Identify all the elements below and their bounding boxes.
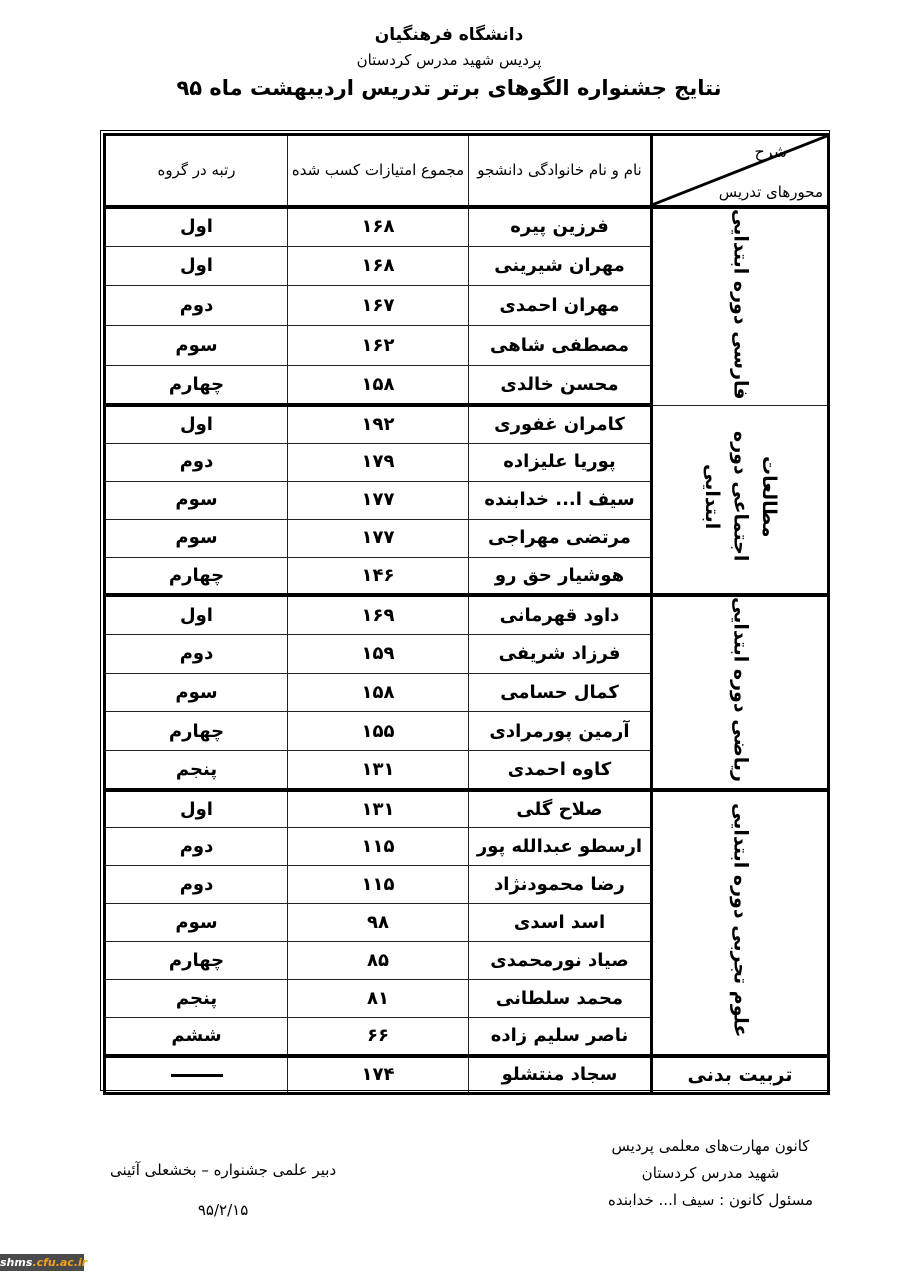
table-header-row: شرح محورهای تدریس نام و نام خانوادگی دان…: [105, 135, 829, 207]
header-total-score: مجموع امتیازات کسب شده: [288, 135, 469, 207]
footer-signature-right: کانون مهارت‌های معلمی پردیس شهید مدرس کر…: [608, 1133, 813, 1214]
score: ۱۹۲: [288, 405, 469, 443]
score: ۱۶۸: [288, 207, 469, 247]
rank: اول: [105, 595, 288, 634]
score: ۱۵۵: [288, 712, 469, 751]
student-name: محسن خالدی: [469, 365, 652, 405]
table-row: مطالعات اجتماعی دوره ابتدایی کامران غفور…: [105, 405, 829, 443]
rank: چهارم: [105, 365, 288, 405]
rank: دوم: [105, 634, 288, 673]
student-name: هوشیار حق رو: [469, 557, 652, 595]
university-name: دانشگاه فرهنگیان: [0, 22, 898, 48]
score: ۹۸: [288, 904, 469, 942]
table-row: تربیت بدنی سجاد منتشلو ۱۷۴: [105, 1056, 829, 1094]
rank: سوم: [105, 904, 288, 942]
score: ۱۷۷: [288, 519, 469, 557]
header-student-name: نام و نام خانوادگی دانشجو: [469, 135, 652, 207]
student-name: ناصر سلیم زاده: [469, 1018, 652, 1056]
group-label-math: ریاضی دوره ابتدایی: [652, 595, 829, 790]
student-name: مهران احمدی: [469, 286, 652, 326]
score: ۸۱: [288, 980, 469, 1018]
rank: دوم: [105, 443, 288, 481]
rank: پنجم: [105, 980, 288, 1018]
group-label-social-studies: مطالعات اجتماعی دوره ابتدایی: [652, 405, 829, 595]
student-name: مهران شیرینی: [469, 246, 652, 286]
student-name: داود قهرمانی: [469, 595, 652, 634]
score: ۱۵۸: [288, 365, 469, 405]
table-row: فارسی دوره ابتدایی فرزین پیره ۱۶۸ اول: [105, 207, 829, 247]
score: ۱۶۲: [288, 326, 469, 366]
student-name: ارسطو عبدالله پور: [469, 828, 652, 866]
header-description-label: شرح: [754, 142, 787, 161]
rank: اول: [105, 246, 288, 286]
student-name: آرمین پورمرادی: [469, 712, 652, 751]
footer-signature-left: دبیر علمی جشنواره – بخشعلی آئینی ۹۵/۲/۱۵: [110, 1150, 336, 1230]
group-label-science: علوم تجربی دوره ابتدایی: [652, 790, 829, 1056]
score: ۱۴۶: [288, 557, 469, 595]
table-row: ریاضی دوره ابتدایی داود قهرمانی ۱۶۹ اول: [105, 595, 829, 634]
student-name: پوریا علیزاده: [469, 443, 652, 481]
student-name: صلاح گلی: [469, 790, 652, 828]
rank-none: [105, 1056, 288, 1094]
footer-center-name: کانون مهارت‌های معلمی پردیس: [608, 1133, 813, 1160]
score: ۱۵۸: [288, 673, 469, 712]
score: ۱۷۴: [288, 1056, 469, 1094]
score: ۸۵: [288, 942, 469, 980]
score: ۱۱۵: [288, 866, 469, 904]
rank: اول: [105, 405, 288, 443]
student-name: کمال حسامی: [469, 673, 652, 712]
rank: دوم: [105, 828, 288, 866]
group-label-persian: فارسی دوره ابتدایی: [652, 207, 829, 406]
dash-line-icon: [171, 1074, 223, 1077]
rank: دوم: [105, 866, 288, 904]
score: ۱۱۵: [288, 828, 469, 866]
score: ۱۶۹: [288, 595, 469, 634]
document-date: ۹۵/۲/۱۵: [110, 1190, 336, 1230]
score: ۱۳۱: [288, 751, 469, 790]
student-name: اسد اسدی: [469, 904, 652, 942]
student-name: کاوه احمدی: [469, 751, 652, 790]
rank: چهارم: [105, 557, 288, 595]
footer-center-head: مسئول کانون : سیف ا... خدابنده: [608, 1187, 813, 1214]
header-teaching-axes-label: محورهای تدریس: [719, 183, 823, 201]
rank: اول: [105, 207, 288, 247]
student-name: مرتضی مهراجی: [469, 519, 652, 557]
rank: سوم: [105, 519, 288, 557]
site-watermark: shms.cfu.ac.ir: [0, 1254, 84, 1271]
student-name: سجاد منتشلو: [469, 1056, 652, 1094]
table-row: علوم تجربی دوره ابتدایی صلاح گلی ۱۳۱ اول: [105, 790, 829, 828]
score: ۱۳۱: [288, 790, 469, 828]
student-name: محمد سلطانی: [469, 980, 652, 1018]
campus-name: پردیس شهید مدرس کردستان: [0, 48, 898, 72]
rank: سوم: [105, 673, 288, 712]
rank: چهارم: [105, 942, 288, 980]
student-name: رضا محمودنژاد: [469, 866, 652, 904]
student-name: صیاد نورمحمدی: [469, 942, 652, 980]
rank: اول: [105, 790, 288, 828]
score: ۱۶۷: [288, 286, 469, 326]
header-axis-cell: شرح محورهای تدریس: [652, 135, 829, 207]
student-name: سیف ا... خدابنده: [469, 481, 652, 519]
student-name: مصطفی شاهی: [469, 326, 652, 366]
student-name: فرزین پیره: [469, 207, 652, 247]
rank: پنجم: [105, 751, 288, 790]
footer-campus: شهید مدرس کردستان: [608, 1160, 813, 1187]
results-table-frame: شرح محورهای تدریس نام و نام خانوادگی دان…: [100, 130, 830, 1091]
score: ۶۶: [288, 1018, 469, 1056]
festival-secretary: دبیر علمی جشنواره – بخشعلی آئینی: [110, 1150, 336, 1190]
score: ۱۵۹: [288, 634, 469, 673]
document-header: دانشگاه فرهنگیان پردیس شهید مدرس کردستان…: [0, 22, 898, 104]
rank: ششم: [105, 1018, 288, 1056]
group-label-physical-education: تربیت بدنی: [652, 1056, 829, 1094]
rank: سوم: [105, 326, 288, 366]
rank: چهارم: [105, 712, 288, 751]
header-group-rank: رتبه در گروه: [105, 135, 288, 207]
score: ۱۷۷: [288, 481, 469, 519]
results-table: شرح محورهای تدریس نام و نام خانوادگی دان…: [103, 133, 830, 1095]
score: ۱۷۹: [288, 443, 469, 481]
document-title: نتایج جشنواره الگوهای برتر تدریس اردیبهش…: [0, 72, 898, 104]
score: ۱۶۸: [288, 246, 469, 286]
rank: دوم: [105, 286, 288, 326]
student-name: فرزاد شریفی: [469, 634, 652, 673]
student-name: کامران غفوری: [469, 405, 652, 443]
rank: سوم: [105, 481, 288, 519]
